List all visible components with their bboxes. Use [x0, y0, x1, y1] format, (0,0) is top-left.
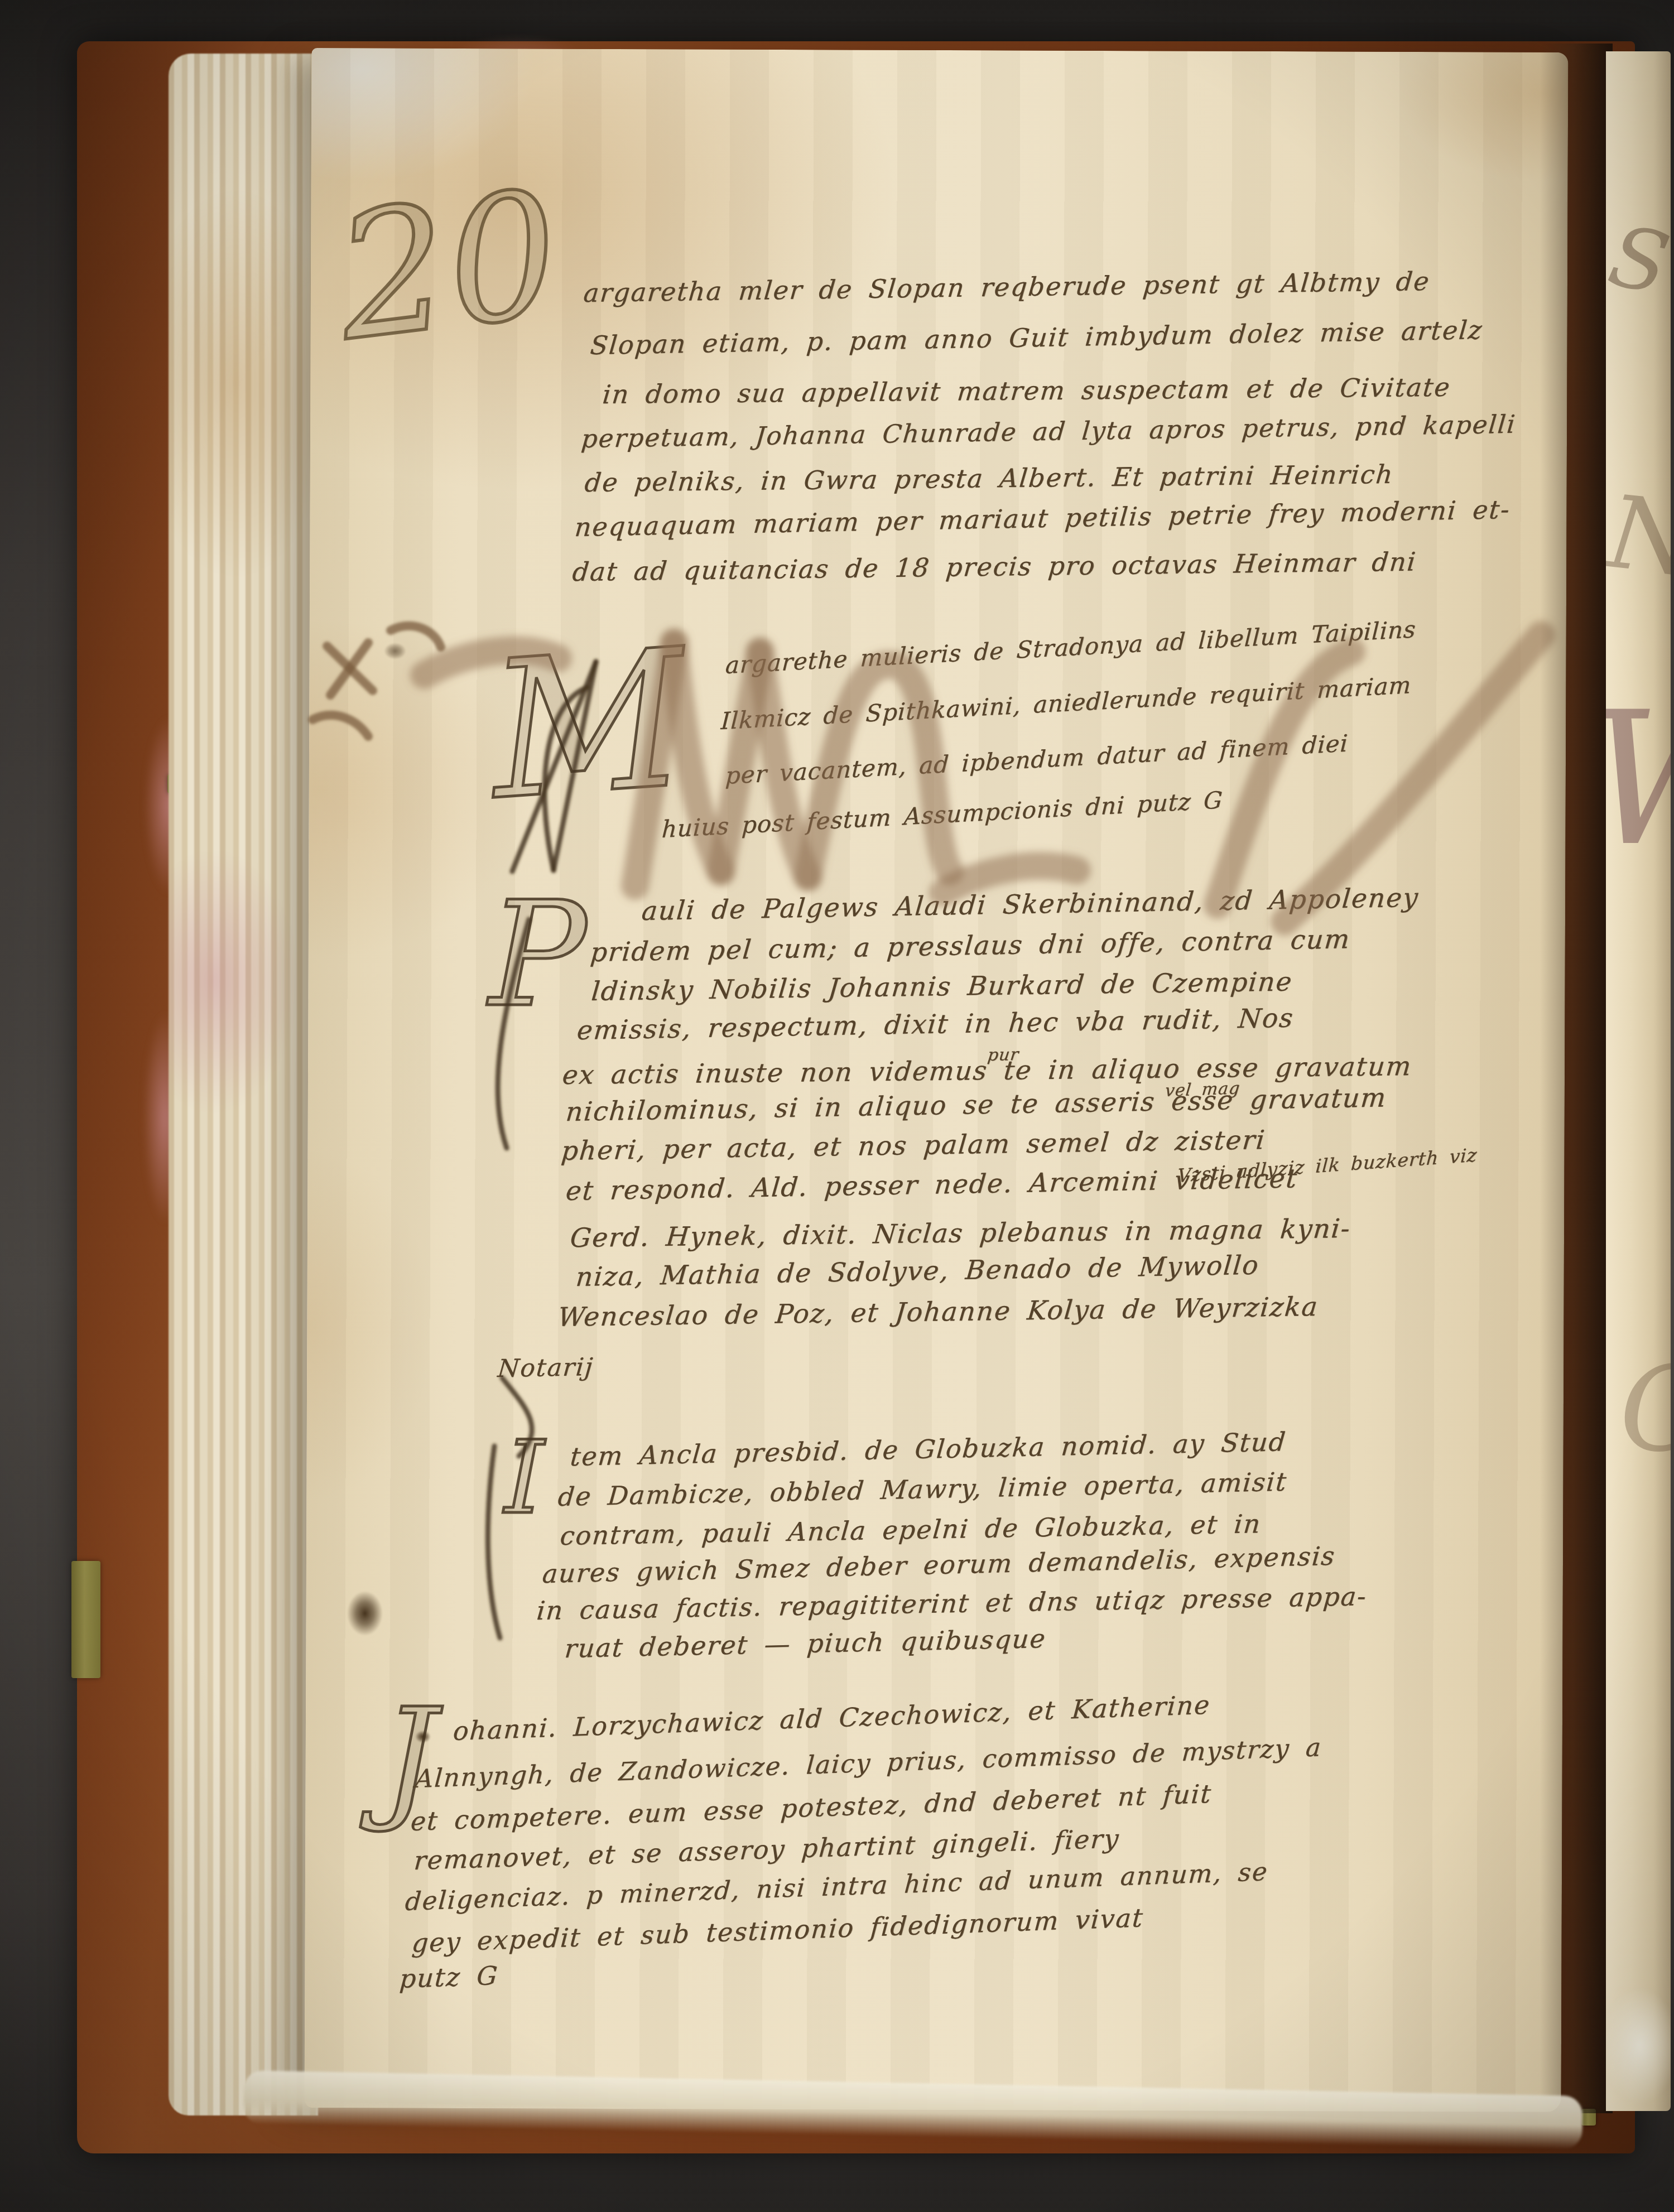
- facing-fragment-n: N: [1606, 482, 1671, 591]
- facing-fragment-s: S: [1606, 214, 1671, 307]
- facing-page-edge: S N W O: [1606, 51, 1671, 2111]
- facing-fragment-w: W: [1606, 687, 1671, 871]
- cancellation-scrawl: [0, 0, 1674, 2212]
- manuscript-photo: 20 argaretha mler de Slopan reqberude ps…: [0, 0, 1674, 2212]
- gutter-shadow: [1540, 44, 1613, 2113]
- page-corner-curl: [1606, 1987, 1671, 2104]
- facing-fragment-o: O: [1619, 1351, 1671, 1468]
